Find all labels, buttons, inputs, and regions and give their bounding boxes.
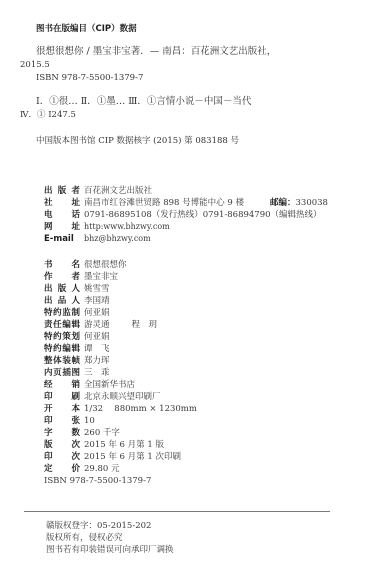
cip-isbn-line: ISBN 978-7-5500-1379-7 [36, 72, 143, 84]
credit-value: 260 千字 [84, 428, 120, 438]
bottom-isbn: ISBN 978-7-5500-1379-7 [44, 476, 151, 486]
credit-label: 开 本 [44, 403, 80, 415]
credit-row-wordcount: 字 数260 千字 [44, 427, 120, 439]
credit-label: 特约监制 [44, 307, 80, 319]
cip-classification-line2: Ⅳ．① I247.5 [20, 109, 76, 121]
credit-value: 何亚娟 [84, 308, 110, 318]
credit-value: 北京永顺兴望印刷厂 [84, 392, 161, 402]
credit-row-supervisor: 特约监制何亚娟 [44, 307, 110, 319]
credit-label: 经 销 [44, 379, 80, 391]
credit-label: 印 刷 [44, 391, 80, 403]
credit-label: 版 次 [44, 439, 80, 451]
email-label: E-mail [44, 233, 80, 245]
cip-heading: 图书在版编目（CIP）数据 [36, 23, 137, 35]
credit-value: 29.80 元 [84, 464, 120, 474]
credit-value: 2015 年 6 月第 1 次印刷 [84, 452, 181, 462]
credit-value: 谭 飞 [84, 344, 110, 354]
cip-title-line: 很想很想你 / 墨宝非宝著．— 南昌：百花洲文艺出版社， [36, 46, 276, 58]
website-label: 网 址 [44, 221, 80, 233]
credit-value: 何亚娟 [84, 332, 110, 342]
credit-value: 2015 年 6 月第 1 版 [84, 440, 164, 450]
credit-value: 郑力珲 [84, 356, 110, 366]
credit-label: 出 版 人 [44, 283, 80, 295]
credit-row-publisher: 出 版 人姚雪雪 [44, 283, 110, 295]
credit-row-printing: 印 次2015 年 6 月第 1 次印刷 [44, 451, 181, 463]
credit-label: 出 品 人 [44, 295, 80, 307]
publisher-row: 出 版 者百花洲文艺出版社 [44, 185, 152, 197]
address-value: 南昌市红谷滩世贸路 898 号博能中心 9 楼 [84, 198, 244, 208]
postcode-label: 邮编： [270, 198, 296, 208]
credit-label: 内页插图 [44, 367, 80, 379]
credit-row-design: 整体装帧郑力珲 [44, 355, 110, 367]
cip-data-number: 中国版本图书馆 CIP 数据核字 (2015) 第 083188 号 [36, 135, 239, 147]
credit-value: 全国新华书店 [84, 380, 135, 390]
address-row: 社 址南昌市红谷滩世贸路 898 号博能中心 9 楼 邮编：330038 [44, 197, 364, 209]
credit-label: 字 数 [44, 427, 80, 439]
credit-label: 定 价 [44, 463, 80, 475]
phone-row: 电 话0791-86895108（发行热线）0791-86894790（编辑热线… [44, 209, 322, 221]
credit-label: 责任编辑 [44, 319, 80, 331]
credit-row-title: 书 名很想很想你 [44, 259, 127, 271]
publisher-value: 百花洲文艺出版社 [84, 186, 152, 196]
credit-row-edition: 版 次2015 年 6 月第 1 版 [44, 439, 164, 451]
publisher-label: 出 版 者 [44, 185, 80, 197]
website-link[interactable]: http:www.bhzwy.com [84, 222, 170, 231]
credit-value: 李国靖 [84, 296, 110, 306]
credit-value: 三 乖 [84, 368, 110, 378]
replacement-note: 图书若有印装错误可向承印厂调换 [46, 544, 174, 556]
credit-row-price: 定 价29.80 元 [44, 463, 120, 475]
website-row: 网 址http:www.bhzwy.com [44, 221, 170, 233]
credit-value: 游灵通 [84, 320, 110, 330]
credit-label: 印 次 [44, 451, 80, 463]
credit-label: 特约策划 [44, 331, 80, 343]
credit-label: 特约编辑 [44, 343, 80, 355]
copyright-registration: 赣版权登字：05-2015-202 [46, 520, 151, 532]
section-divider [24, 511, 330, 512]
credit-row-planner: 特约策划何亚娟 [44, 331, 110, 343]
credit-value: 1/32 880mm × 1230mm [84, 404, 197, 414]
rights-statement: 版权所有，侵权必究 [46, 532, 123, 544]
credit-label: 印 张 [44, 415, 80, 427]
postcode: 邮编：330038 [270, 197, 328, 209]
credit-row-sheets: 印 张10 [44, 415, 95, 427]
credit-row-distributor: 经 销全国新华书店 [44, 379, 135, 391]
email-link[interactable]: bhz@bhzwy.com [84, 234, 151, 243]
credit-label: 书 名 [44, 259, 80, 271]
credit-value: 姚雪雪 [84, 284, 110, 294]
postcode-value: 330038 [296, 198, 328, 208]
phone-label: 电 话 [44, 209, 80, 221]
credit-row-author: 作 者墨宝非宝 [44, 271, 118, 283]
credit-value: 很想很想你 [84, 260, 127, 270]
cip-classification-line1: Ⅰ．①很… Ⅱ．①墨… Ⅲ．①言情小说－中国－当代 [36, 96, 251, 108]
credit-label: 整体装帧 [44, 355, 80, 367]
credit-value: 10 [84, 416, 95, 426]
credit-value-extra: 程 玥 [132, 320, 158, 330]
credit-label: 作 者 [44, 271, 80, 283]
cip-date-line: 2015.5 [20, 59, 50, 71]
credit-row-printer: 印 刷北京永顺兴望印刷厂 [44, 391, 161, 403]
credit-row-format: 开 本1/32 880mm × 1230mm [44, 403, 197, 415]
bottom-isbn-row: ISBN 978-7-5500-1379-7 [44, 475, 151, 487]
address-label: 社 址 [44, 197, 80, 209]
phone-value: 0791-86895108（发行热线）0791-86894790（编辑热线） [84, 210, 322, 220]
credit-row-editor: 责任编辑游灵通程 玥 [44, 319, 157, 331]
email-row: E-mailbhz@bhzwy.com [44, 233, 151, 245]
credit-value: 墨宝非宝 [84, 272, 118, 282]
credit-row-special-editor: 特约编辑谭 飞 [44, 343, 110, 355]
credit-row-producer: 出 品 人李国靖 [44, 295, 110, 307]
credit-row-illustration: 内页插图三 乖 [44, 367, 110, 379]
